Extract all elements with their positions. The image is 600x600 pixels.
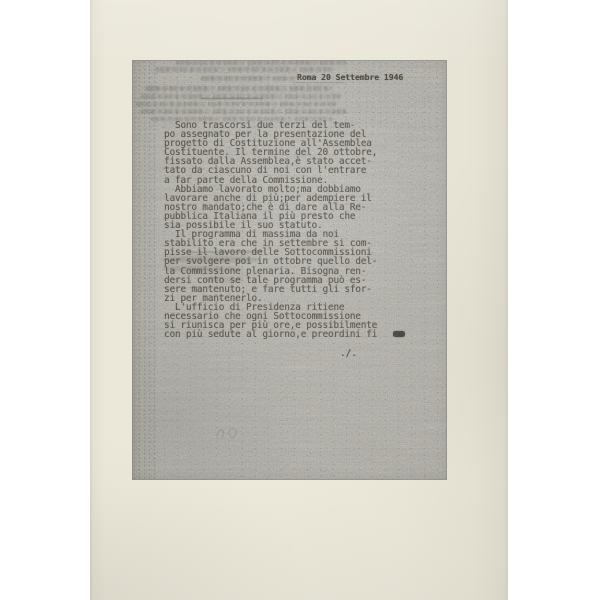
ghost-text-line xyxy=(201,76,296,81)
document-photo: Roma 20 Settembre 1946 Sono trascorsi du… xyxy=(132,60,447,480)
ink-blot xyxy=(393,331,405,338)
ghost-text-line xyxy=(156,67,332,72)
ghost-text-line xyxy=(136,102,337,107)
ghost-underline xyxy=(292,82,344,83)
ghost-text-line xyxy=(146,86,332,91)
handwriting-mark xyxy=(214,422,250,444)
date-line: Roma 20 Settembre 1946 xyxy=(297,73,403,82)
photo-edge-speckle xyxy=(132,60,158,480)
typewritten-text: Sono trascorsi due terzi del tem-po asse… xyxy=(164,121,410,339)
ghost-text-line xyxy=(141,109,346,114)
ghost-underline xyxy=(201,98,263,99)
ghost-text-line xyxy=(176,60,346,65)
book-page: Roma 20 Settembre 1946 Sono trascorsi du… xyxy=(90,0,508,600)
end-mark: ./. xyxy=(340,349,357,358)
scan-background: { "scan": { "background_color": "#ffffff… xyxy=(0,0,600,600)
text-line: con più sedute al giorno,e preordini fi xyxy=(164,330,410,339)
